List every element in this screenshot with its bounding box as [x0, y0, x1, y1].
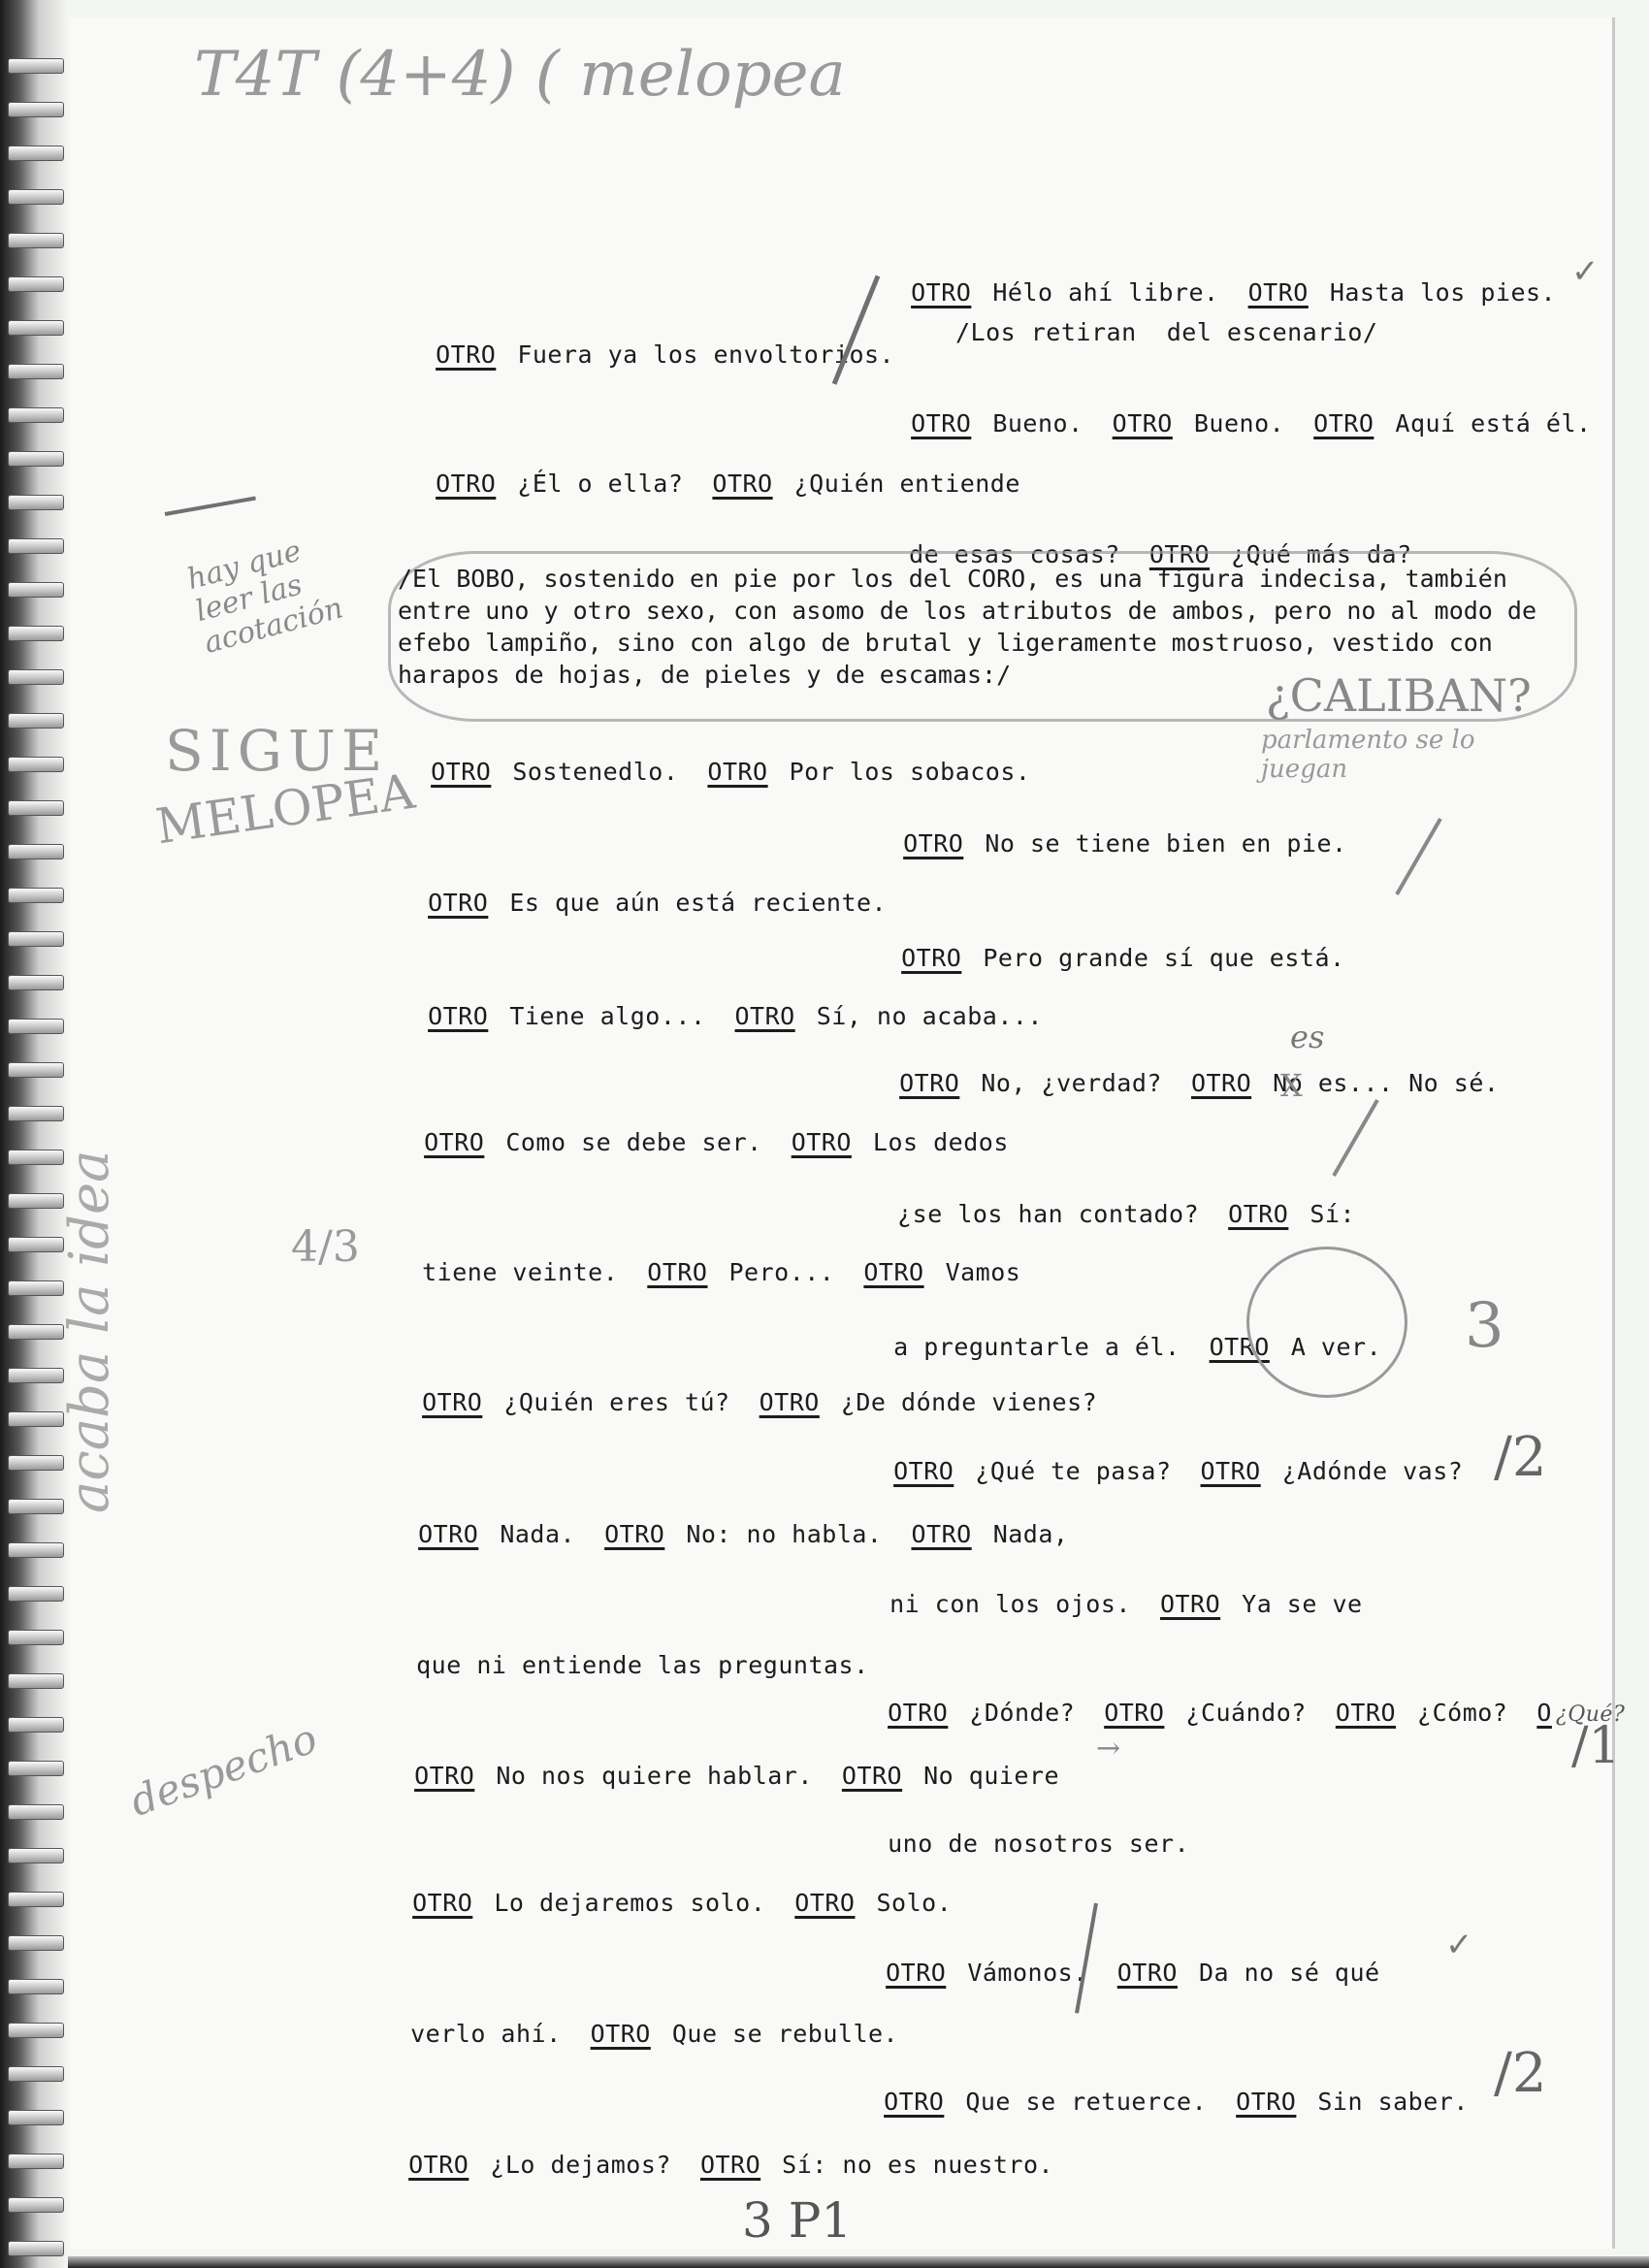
spiral-ring: [8, 2023, 64, 2038]
dialogue-text: que ni entiende las preguntas.: [416, 1651, 869, 1679]
dialogue-text: ¿Dónde?: [969, 1699, 1075, 1727]
cross-mark-icon: X: [1280, 1067, 1303, 1104]
dialogue-text: No nos quiere hablar.: [496, 1762, 813, 1790]
speaker-label: OTRO: [712, 470, 772, 498]
spiral-ring: [8, 1717, 64, 1733]
script-line-27: OTROQue se retuerce.OTROSin saber.: [854, 2059, 1469, 2116]
script-line-0: OTROHélo ahí libre.OTROHasta los pies.: [881, 250, 1556, 307]
spiral-ring: [8, 2241, 64, 2256]
dialogue-text: Lo dejaremos solo.: [494, 1889, 765, 1917]
speaker-label: OTRO: [604, 1520, 664, 1548]
speaker-label: OTRO: [760, 1388, 820, 1416]
dialogue-text: Nada,: [993, 1520, 1069, 1548]
spiral-ring: [8, 1237, 64, 1252]
script-line-19: ni con los ojos.OTROYa se ve: [859, 1562, 1363, 1618]
script-line-26: verlo ahí.OTROQue se rebulle.: [380, 1992, 898, 2048]
dialogue-text: Como se debe ser.: [505, 1128, 761, 1156]
speaker-label: OTRO: [1117, 1959, 1178, 1987]
spiral-ring: [8, 1019, 64, 1034]
dialogue-text: Da no sé qué: [1199, 1959, 1380, 1987]
spiral-ring: [8, 1586, 64, 1602]
check-mark-icon-2: ✓: [1445, 1926, 1473, 1964]
spiral-ring: [8, 1542, 64, 1558]
spiral-ring: [8, 1804, 64, 1820]
speaker-label: OTRO: [886, 1959, 946, 1987]
spiral-ring: [8, 1455, 64, 1471]
dialogue-text: ¿Él o ella?: [517, 470, 683, 498]
dialogue-text: ¿Quién eres tú?: [503, 1388, 729, 1416]
speaker-label: OTRO: [1248, 278, 1309, 307]
spiral-ring: [8, 1935, 64, 1951]
spiral-ring: [8, 1324, 64, 1340]
dialogue-text: Tiene algo...: [509, 1002, 705, 1030]
script-line-17: OTRO¿Qué te pasa?OTRO¿Adónde vas?: [863, 1429, 1463, 1485]
speaker-label: OTRO: [1313, 409, 1374, 437]
dialogue-text: Vamos: [946, 1258, 1021, 1286]
page-mark: 3 P1: [742, 2192, 852, 2249]
spiral-ring: [8, 1630, 64, 1645]
spiral-ring: [8, 626, 64, 641]
speaker-label: OTRO: [431, 758, 491, 786]
spiral-ring: [8, 364, 64, 379]
spiral-ring: [8, 2066, 64, 2082]
spiral-ring: [8, 189, 64, 205]
script-line-10: OTROTiene algo...OTROSí, no acaba...: [398, 974, 1043, 1030]
script-line-13: ¿se los han contado?OTROSí:: [867, 1172, 1355, 1228]
dialogue-text: Bueno.: [992, 409, 1083, 437]
handwritten-insert-es: es: [1290, 1019, 1324, 1055]
speaker-label: OTRO: [412, 1889, 472, 1917]
script-line-24: OTROLo dejaremos solo.OTROSolo.: [382, 1861, 952, 1917]
pencil-circle: [1246, 1247, 1407, 1398]
spiral-ring: [8, 844, 64, 859]
dialogue-text: Sí, no acaba...: [817, 1002, 1043, 1030]
spiral-ring: [8, 320, 64, 336]
dialogue-text: Hasta los pies.: [1330, 278, 1556, 307]
spiral-ring: [8, 1106, 64, 1121]
page-bottom-edge: [68, 2256, 1649, 2268]
script-line-9: OTROPero grande sí que está.: [871, 916, 1345, 972]
speaker-label: OTRO: [1236, 2088, 1296, 2116]
dialogue-text: Aquí está él.: [1395, 409, 1591, 437]
speaker-label: OTRO: [707, 758, 767, 786]
speaker-label: OTRO: [428, 889, 488, 917]
dialogue-text: a preguntarle a él.: [893, 1333, 1180, 1361]
spiral-ring: [8, 495, 64, 510]
spiral-ring: [8, 102, 64, 117]
speaker-label: OTRO: [901, 944, 961, 972]
spiral-ring: [8, 538, 64, 554]
spiral-ring: [8, 757, 64, 772]
speaker-label: OTRO: [418, 1520, 478, 1548]
speaker-label: OTRO: [1228, 1200, 1288, 1228]
script-line-22: OTRONo nos quiere hablar.OTRONo quiere: [384, 1733, 1059, 1790]
dialogue-text: ¿Quién entiende: [794, 470, 1020, 498]
script-line-14: tiene veinte.OTROPero...OTROVamos: [392, 1230, 1020, 1286]
spiral-ring: [8, 1499, 64, 1514]
spiral-ring: [8, 1062, 64, 1078]
script-line-1: OTROFuera ya los envoltorios.: [405, 312, 894, 369]
spiral-ring: [8, 975, 64, 990]
script-line-4: OTRO¿Él o ella?OTRO¿Quién entiende: [405, 441, 1020, 498]
speaker-label: OTRO: [414, 1762, 474, 1790]
script-line-16: OTRO¿Quién eres tú?OTRO¿De dónde vienes?: [392, 1360, 1097, 1416]
dialogue-text: ¿Lo dejamos?: [490, 2151, 671, 2179]
dialogue-text: Ya se ve: [1242, 1590, 1362, 1618]
script-line-28: OTRO¿Lo dejamos?OTROSí: no es nuestro.: [378, 2122, 1053, 2179]
dialogue-text: ¿Adónde vas?: [1282, 1457, 1464, 1485]
dialogue-text: No, ¿verdad?: [981, 1069, 1162, 1097]
dialogue-text: No quiere: [923, 1762, 1059, 1790]
dialogue-text: Solo.: [876, 1889, 952, 1917]
dialogue-text: ¿De dónde vienes?: [841, 1388, 1097, 1416]
speaker-label: OTRO: [899, 1069, 959, 1097]
speaker-label: OTRO: [911, 1520, 971, 1548]
speaker-label: OTRO: [436, 470, 496, 498]
dialogue-text: ¿Cómo?: [1417, 1699, 1507, 1727]
speaker-label: OTRO: [428, 1002, 488, 1030]
slash-mark-1: /1: [1571, 1717, 1621, 1775]
speaker-label: OTRO: [1104, 1699, 1164, 1727]
speaker-label: OTRO: [903, 829, 963, 858]
speaker-label: OTRO: [1113, 409, 1173, 437]
spiral-ring: [8, 1411, 64, 1427]
speaker-label: OTRO: [911, 409, 971, 437]
spiral-ring: [8, 407, 64, 423]
dialogue-text: Sostenedlo.: [512, 758, 678, 786]
speaker-label: OTRO: [422, 1388, 482, 1416]
speaker-label: OTRO: [1191, 1069, 1251, 1097]
spiral-ring: [8, 2154, 64, 2169]
dialogue-text: Sí: no es nuestro.: [782, 2151, 1053, 2179]
spiral-ring: [8, 888, 64, 903]
dialogue-text: ¿Qué te pasa?: [975, 1457, 1171, 1485]
speaker-label: O: [1536, 1699, 1552, 1727]
spiral-ring: [8, 1368, 64, 1383]
spiral-ring: [8, 146, 64, 161]
caliban-note: ¿CALIBAN?: [1266, 669, 1532, 722]
spiral-ring: [8, 1979, 64, 1994]
script-line-23: uno de nosotros ser.: [857, 1801, 1189, 1858]
speaker-label: OTRO: [424, 1128, 484, 1156]
spiral-ring: [8, 582, 64, 598]
speaker-label: OTRO: [794, 1889, 855, 1917]
spiral-ring: [8, 2197, 64, 2213]
script-line-18: OTRONada.OTRONo: no habla.OTRONada,: [388, 1492, 1068, 1548]
dialogue-text: Sí:: [1309, 1200, 1355, 1228]
dialogue-text: ¿se los han contado?: [897, 1200, 1199, 1228]
spiral-ring: [8, 669, 64, 685]
script-line-12: OTROComo se debe ser.OTROLos dedos: [394, 1100, 1009, 1156]
spiral-ring: [8, 1150, 64, 1165]
dialogue-text: uno de nosotros ser.: [888, 1830, 1189, 1858]
speaker-label: OTRO: [1201, 1457, 1261, 1485]
slash-mark-2-bottom: /2: [1494, 2042, 1547, 2105]
dialogue-text: Bueno.: [1194, 409, 1284, 437]
dialogue-text: No se tiene bien en pie.: [985, 829, 1346, 858]
speaker-label: OTRO: [408, 2151, 469, 2179]
spiral-ring: [8, 931, 64, 947]
dialogue-text: Sin saber.: [1317, 2088, 1469, 2116]
script-line-21: OTRO¿Dónde?OTRO¿Cuándo?OTRO¿Cómo?O¿Qué?: [857, 1670, 1625, 1727]
dialogue-text: Hélo ahí libre.: [992, 278, 1218, 307]
speaker-label: OTRO: [792, 1128, 852, 1156]
speaker-label: OTRO: [911, 278, 971, 307]
speaker-label: OTRO: [647, 1258, 707, 1286]
speaker-label: OTRO: [842, 1762, 902, 1790]
fraction-mark: 4/3: [291, 1222, 360, 1272]
spiral-ring: [8, 1193, 64, 1209]
script-line-3: OTROBueno.OTROBueno.OTROAquí está él.: [881, 381, 1592, 437]
script-line-20: que ni entiende las preguntas.: [386, 1623, 869, 1679]
dialogue-text: Pero grande sí que está.: [983, 944, 1344, 972]
check-mark-icon: ✓: [1571, 252, 1600, 291]
dialogue-text: Nada.: [500, 1520, 575, 1548]
slash-mark-2: /2: [1494, 1426, 1547, 1489]
spiral-ring: [8, 800, 64, 816]
script-line-25: OTROVámonos.OTRODa no sé qué: [856, 1930, 1380, 1987]
arrow-icon: →: [1096, 1732, 1120, 1766]
dialogue-text: No: no habla.: [686, 1520, 882, 1548]
speaker-label: OTRO: [735, 1002, 795, 1030]
speaker-label: OTRO: [893, 1457, 954, 1485]
spiral-ring: [8, 1848, 64, 1863]
dialogue-text: ¿Cuándo?: [1185, 1699, 1306, 1727]
spiral-ring: [8, 1761, 64, 1776]
caliban-subnote: parlamento se lo juegan: [1261, 726, 1513, 784]
script-line-11: OTRONo, ¿verdad?OTRONo es... No sé.: [869, 1041, 1499, 1097]
speaker-label: OTRO: [591, 2020, 651, 2048]
dialogue-text: No es... No sé.: [1273, 1069, 1499, 1097]
spiral-binding: [0, 0, 68, 2268]
spiral-ring: [8, 2110, 64, 2125]
spiral-ring: [8, 1892, 64, 1907]
spiral-ring: [8, 713, 64, 729]
dialogue-text: Los dedos: [873, 1128, 1009, 1156]
dialogue-text: Que se rebulle.: [672, 2020, 898, 2048]
dialogue-text: Fuera ya los envoltorios.: [517, 340, 894, 369]
dialogue-text: ni con los ojos.: [889, 1590, 1131, 1618]
header-note: T4T (4+4) ( melopea: [194, 39, 846, 111]
speaker-label: OTRO: [436, 340, 496, 369]
spiral-ring: [8, 233, 64, 248]
stage-direction-inline: /Los retiran del escenario/: [955, 318, 1377, 346]
number-mark: 3: [1465, 1290, 1504, 1362]
spiral-ring: [8, 276, 64, 292]
script-line-8: OTROEs que aún está reciente.: [398, 860, 887, 917]
dialogue-text: Vámonos.: [967, 1959, 1087, 1987]
speaker-label: OTRO: [1160, 1590, 1220, 1618]
dialogue-text: Es que aún está reciente.: [509, 889, 887, 917]
spiral-ring: [8, 1280, 64, 1296]
dialogue-text: tiene veinte.: [422, 1258, 618, 1286]
dialogue-text: Que se retuerce.: [965, 2088, 1207, 2116]
spiral-ring: [8, 1673, 64, 1689]
speaker-label: OTRO: [1336, 1699, 1396, 1727]
script-line-6: OTROSostenedlo.OTROPor los sobacos.: [401, 729, 1030, 786]
speaker-label: OTRO: [863, 1258, 923, 1286]
dialogue-text: Por los sobacos.: [790, 758, 1031, 786]
spiral-ring: [8, 451, 64, 467]
speaker-label: OTRO: [700, 2151, 760, 2179]
dialogue-text: Pero...: [729, 1258, 835, 1286]
spiral-ring: [8, 58, 64, 74]
dialogue-text: verlo ahí.: [410, 2020, 562, 2048]
script-line-7: OTRONo se tiene bien en pie.: [873, 801, 1347, 858]
speaker-label: OTRO: [888, 1699, 948, 1727]
vertical-margin-word: acaba la idea: [58, 1150, 121, 1513]
speaker-label: OTRO: [884, 2088, 944, 2116]
